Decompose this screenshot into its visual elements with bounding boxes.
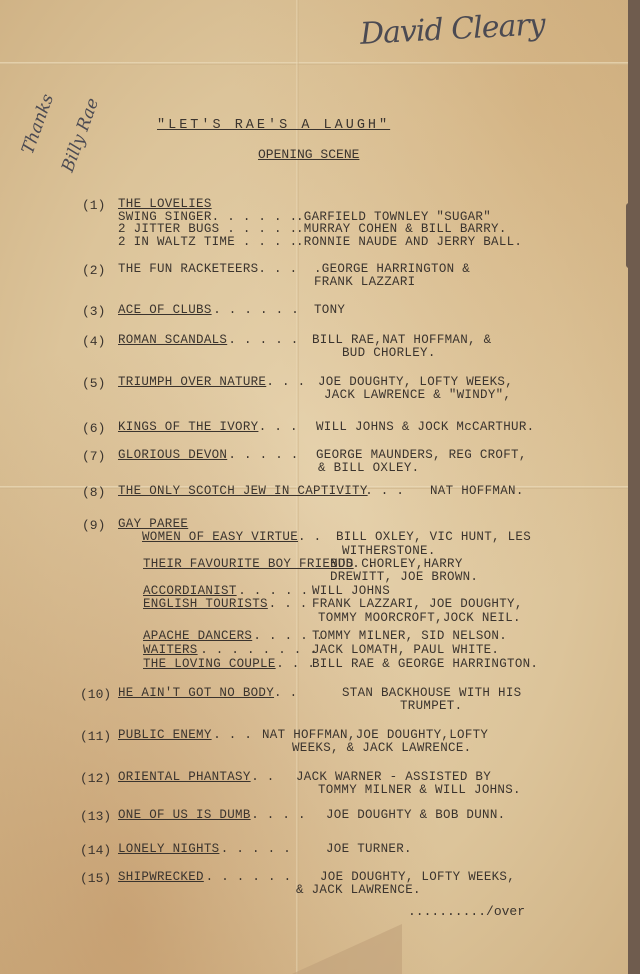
cast-names: BILL OXLEY, VIC HUNT, LES xyxy=(336,530,531,544)
cast-names: WEEKS, & JACK LAWRENCE. xyxy=(292,741,471,755)
cast-names: WILL JOHNS xyxy=(312,584,390,598)
folded-corner xyxy=(292,924,402,974)
item-number: (6) xyxy=(82,421,105,436)
act-title: APACHE DANCERS xyxy=(143,629,252,643)
item-number: (8) xyxy=(82,485,105,500)
cast-names: WILL JOHNS & JOCK McCARTHUR. xyxy=(316,420,534,434)
leader-dots: . . . . . xyxy=(228,448,298,462)
cast-names: FRANK LAZZARI, JOE DOUGHTY, xyxy=(312,597,523,611)
act-title: ENGLISH TOURISTS xyxy=(143,597,268,611)
item-number: (3) xyxy=(82,304,105,319)
fold-crease xyxy=(0,62,628,65)
act-title: GAY PAREE xyxy=(118,517,188,531)
continued-note: ........../over xyxy=(408,904,525,919)
item-number: (1) xyxy=(82,198,105,213)
act-title: ORIENTAL PHANTASY xyxy=(118,770,251,784)
leader-dots: . . . . . xyxy=(228,333,298,347)
act-title: THE LOVING COUPLE xyxy=(143,657,276,671)
programme-title: "LET'S RAE'S A LAUGH" xyxy=(157,118,390,133)
item-number: (15) xyxy=(80,871,111,886)
cast-names: JOE TURNER. xyxy=(326,842,412,856)
cast-names: JOE DOUGHTY & BOB DUNN. xyxy=(326,808,505,822)
leader-dots: . . . xyxy=(269,597,308,611)
leader-dots: . . . . . . xyxy=(206,870,292,884)
leader-dots: . . . xyxy=(266,375,305,389)
leader-dots: . . xyxy=(274,686,297,700)
act-title: HE AIN'T GOT NO BODY xyxy=(118,686,274,700)
leader-dots: . . . . . . . . xyxy=(200,643,317,657)
leader-dots: . . xyxy=(298,530,321,544)
act-title: WAITERS xyxy=(143,643,198,657)
act-title: THEIR FAVOURITE BOY FRIENDS xyxy=(143,557,354,571)
programme-sheet: David Cleary Thanks Billy Rae "LET'S RAE… xyxy=(0,0,628,974)
cast-names: BILL RAE & GEORGE HARRINGTON. xyxy=(312,657,538,671)
act-title: ACE OF CLUBS xyxy=(118,303,212,317)
act-title: THE ONLY SCOTCH JEW IN CAPTIVITY xyxy=(118,484,368,498)
leader-dots: . . . . xyxy=(251,808,306,822)
leader-dots: . . xyxy=(251,770,274,784)
act-title: LONELY NIGHTS xyxy=(118,842,219,856)
handwritten-signature: David Cleary xyxy=(359,7,545,52)
cast-names: JACK LAWRENCE & "WINDY", xyxy=(324,388,511,402)
cast-names: DREWITT, JOE BROWN. xyxy=(330,570,478,584)
leader-dots: . . . . . xyxy=(221,842,291,856)
leader-dots: . . . xyxy=(365,484,404,498)
act-title: WOMEN OF EASY VIRTUE xyxy=(142,530,298,544)
item-number: (2) xyxy=(82,263,105,278)
leader-dots: . . . . . xyxy=(238,584,308,598)
item-number: (10) xyxy=(80,687,111,702)
cast-names: TOMMY MILNER, SID NELSON. xyxy=(312,629,507,643)
item-number: (12) xyxy=(80,771,111,786)
scene-heading: OPENING SCENE xyxy=(258,147,359,162)
cast-names: TONY xyxy=(314,303,345,317)
cast-names: & JACK LAWRENCE. xyxy=(296,883,421,897)
act-title: KINGS OF THE IVORY xyxy=(118,420,258,434)
cast-names: NAT HOFFMAN. xyxy=(430,484,524,498)
torn-edge xyxy=(626,203,640,268)
handwritten-note: Billy Rae xyxy=(58,95,103,174)
act-title: ONE OF US IS DUMB xyxy=(118,808,251,822)
cast-names: WITHERSTONE. xyxy=(342,544,436,558)
cast-names: BUD CHORLEY,HARRY xyxy=(330,557,463,571)
cast-names: & BILL OXLEY. xyxy=(318,461,419,475)
cast-names: TOMMY MILNER & WILL JOHNS. xyxy=(318,783,521,797)
leader-dots: . . . xyxy=(276,657,315,671)
act-title: TRIUMPH OVER NATURE xyxy=(118,375,266,389)
act-title: ACCORDIANIST xyxy=(143,584,237,598)
cast-names: FRANK LAZZARI xyxy=(314,275,415,289)
leader-dots: . . . . . . xyxy=(213,303,299,317)
act-title: PUBLIC ENEMY xyxy=(118,728,212,742)
cast-names: TRUMPET. xyxy=(400,699,462,713)
cast-names: TOMMY MOORCROFT,JOCK NEIL. xyxy=(318,611,521,625)
leader-dots: . . . xyxy=(213,728,252,742)
act-title: 2 IN WALTZ TIME . . . . xyxy=(118,235,297,249)
act-title: GLORIOUS DEVON xyxy=(118,448,227,462)
handwritten-note: Thanks xyxy=(18,91,58,156)
item-number: (7) xyxy=(82,449,105,464)
item-number: (4) xyxy=(82,334,105,349)
leader-dots: . . . xyxy=(259,420,298,434)
cast-names: BUD CHORLEY. xyxy=(342,346,436,360)
item-number: (5) xyxy=(82,376,105,391)
item-number: (14) xyxy=(80,843,111,858)
cast-names: JACK LOMATH, PAUL WHITE. xyxy=(312,643,499,657)
item-number: (11) xyxy=(80,729,111,744)
item-number: (13) xyxy=(80,809,111,824)
act-title: SHIPWRECKED xyxy=(118,870,204,884)
act-title: THE FUN RACKETEERS. . . xyxy=(118,262,297,276)
cast-names: .RONNIE NAUDE AND JERRY BALL. xyxy=(296,235,522,249)
act-title: ROMAN SCANDALS xyxy=(118,333,227,347)
item-number: (9) xyxy=(82,518,105,533)
